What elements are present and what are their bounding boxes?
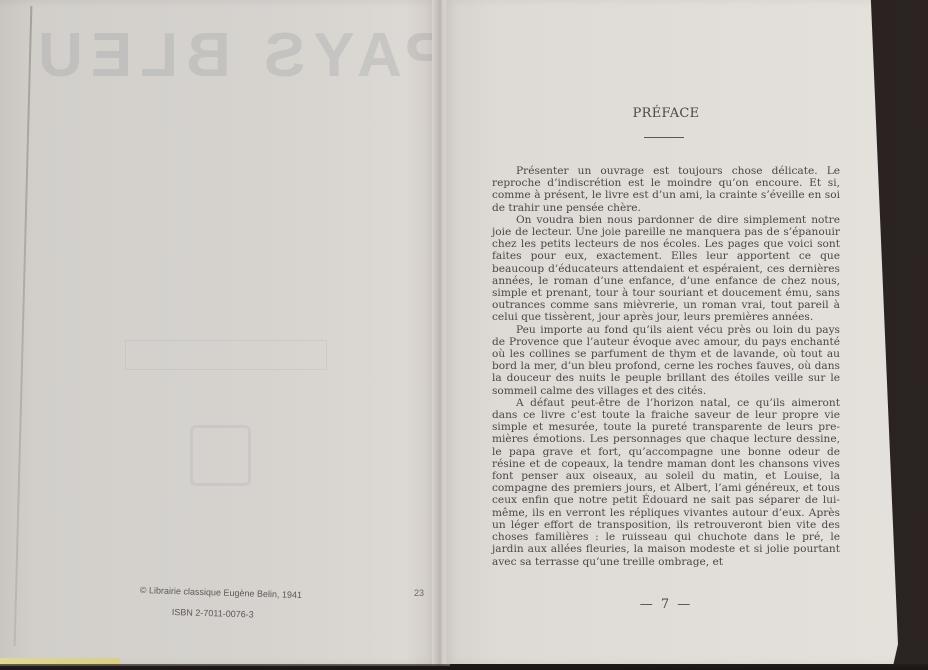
show-through-emblem xyxy=(190,425,251,486)
paragraph: Présenter un ouvrage est toujours chose … xyxy=(492,165,840,214)
title-rule xyxy=(644,137,684,138)
table-edge-shadow xyxy=(0,664,928,670)
paragraph: A défaut peut-être de l’horizon natal, c… xyxy=(492,397,840,568)
page-number: — 7 — xyxy=(446,597,886,612)
paragraph: On voudra bien nous pardonner de dire si… xyxy=(492,214,840,324)
left-page-number: 23 xyxy=(414,588,424,598)
preface-body: Présenter un ouvrage est toujours chose … xyxy=(492,165,840,568)
chapter-title: PRÉFACE xyxy=(446,106,886,121)
left-page xyxy=(0,0,440,666)
show-through-box xyxy=(125,340,327,370)
paragraph: Peu importe au fond qu’ils aient vécu pr… xyxy=(492,324,840,397)
page-fold-edge xyxy=(14,6,33,646)
